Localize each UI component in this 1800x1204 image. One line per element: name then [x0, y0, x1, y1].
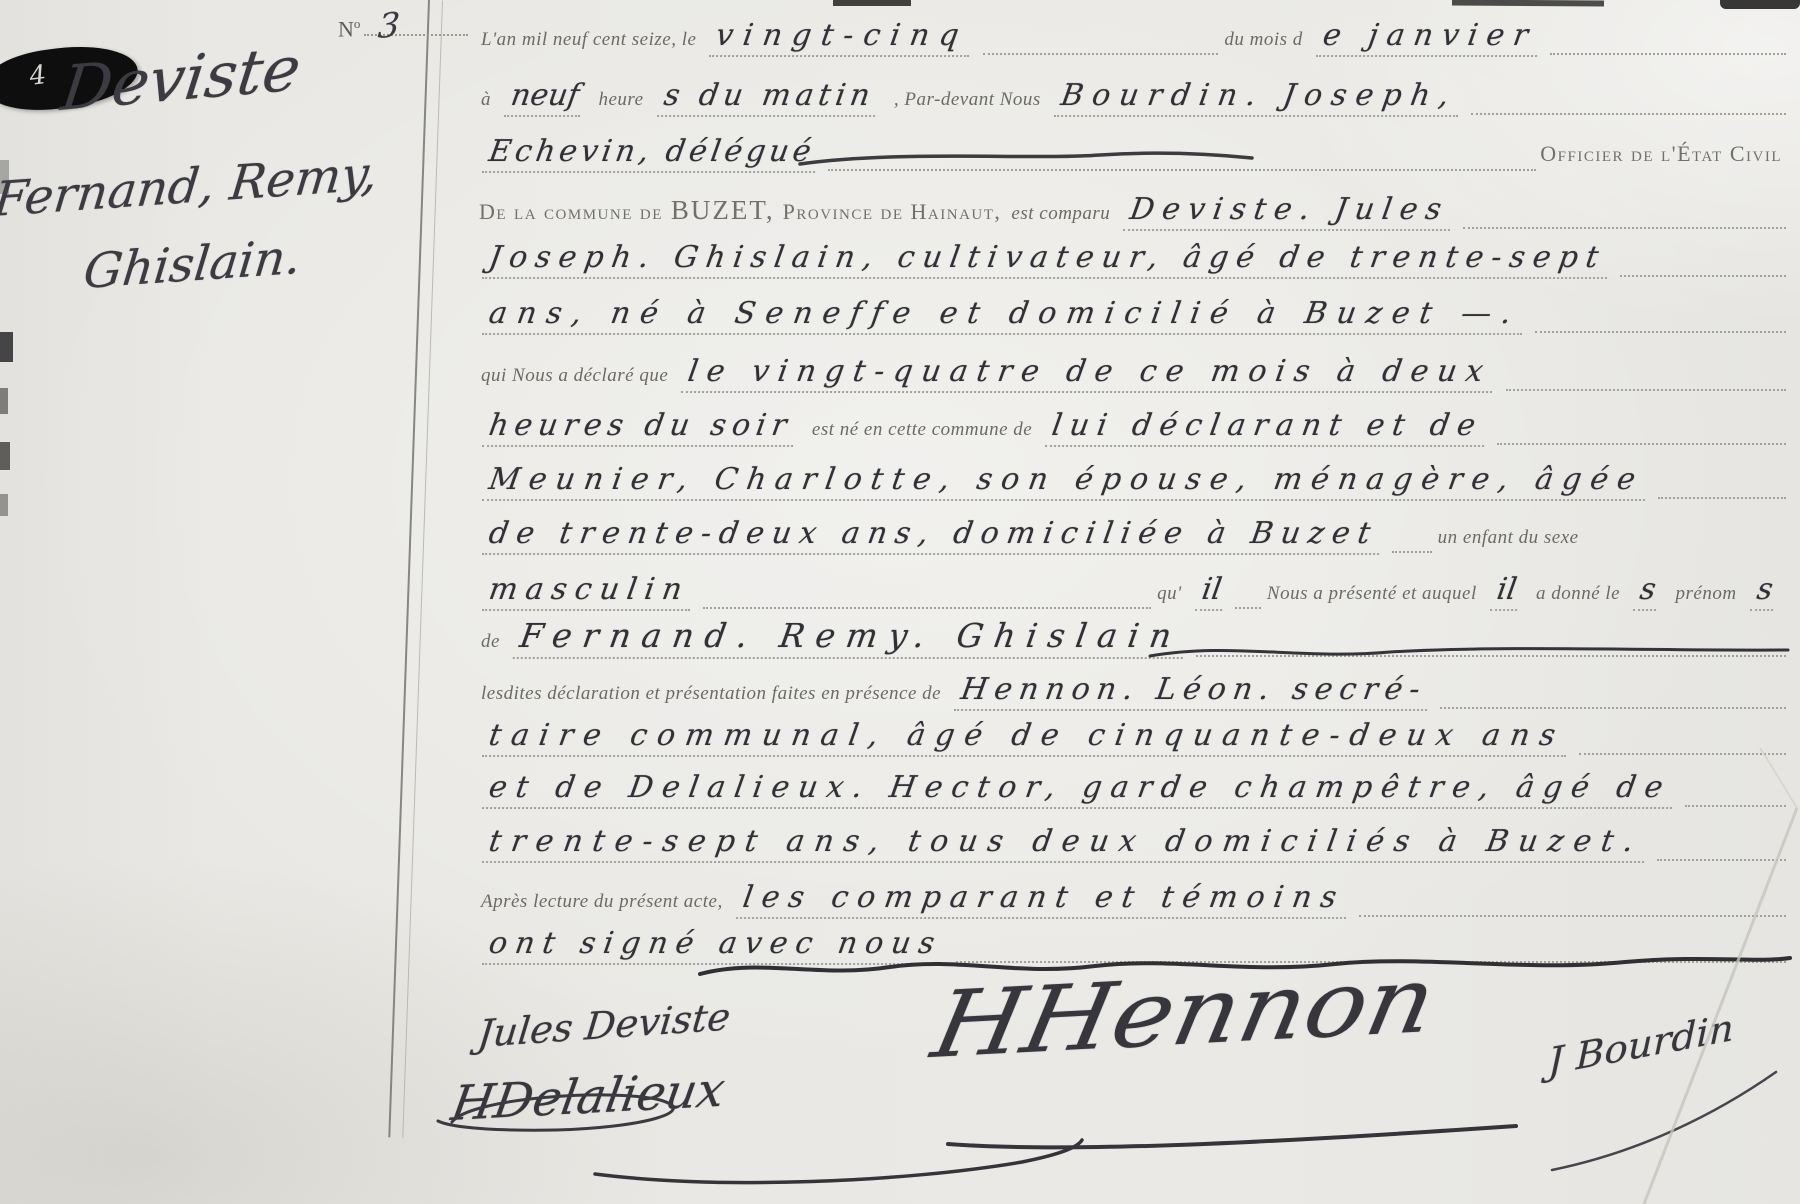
- printed-text: lesdites déclaration et présentation fai…: [481, 683, 941, 705]
- printed-text: de: [481, 631, 500, 653]
- handwritten-text: masculin: [482, 572, 697, 611]
- act-line: L'an mil neuf cent seize, le vingt-cinq …: [475, 18, 1786, 57]
- dotted-rule: [1535, 297, 1786, 333]
- handwritten-text: neuf: [504, 78, 586, 117]
- act-line: à neuf heure s du matin , Par-devant Nou…: [475, 78, 1786, 117]
- paper-crease: [1644, 808, 1797, 1204]
- handwritten-text: trente-sept ans, tous deux domiciliés à …: [482, 824, 1650, 863]
- dotted-rule: [1579, 719, 1786, 755]
- delalieux-underline: [595, 1140, 1082, 1183]
- edge-speck: [0, 388, 8, 414]
- handwritten-text: vingt-cinq: [709, 18, 975, 57]
- no-sup: o: [354, 16, 361, 31]
- act-number-row: No 3: [338, 16, 468, 42]
- handwritten-text: e janvier: [1316, 18, 1544, 57]
- handwritten-text: il: [1490, 572, 1523, 611]
- document-page: 4 No 3 Deviste Fernand, Remy, Ghislain. …: [0, 0, 1800, 1204]
- signature-witness1: HHennon: [924, 946, 1444, 1079]
- act-line: Après lecture du présent acte, les compa…: [475, 880, 1786, 919]
- margin-surname: Deviste: [57, 32, 304, 125]
- bourdin-underline: [1552, 1072, 1776, 1170]
- printed-text: du mois d: [1224, 29, 1302, 51]
- printed-text: Nous a présenté et auquel: [1267, 583, 1477, 605]
- act-line: ans, né à Seneffe et domicilié à Buzet —…: [475, 296, 1786, 335]
- handwritten-text: les comparant et témoins: [736, 880, 1352, 919]
- dotted-rule: [1497, 409, 1786, 445]
- dotted-rule: [1359, 881, 1787, 917]
- signature-officer: J Bourdin: [1548, 1006, 1735, 1084]
- act-line: masculin qu' il Nous a présenté et auque…: [475, 572, 1786, 611]
- printed-text: prénom: [1676, 583, 1737, 605]
- printed-text: Après lecture du présent acte,: [481, 891, 723, 913]
- printed-text: Province de Hainaut,: [783, 199, 1002, 225]
- handwritten-text: s: [1633, 572, 1663, 611]
- printed-text: De la commune de: [479, 199, 663, 225]
- dotted-rule: [1471, 79, 1786, 115]
- handwritten-text: de trente-deux ans, domiciliée à Buzet: [482, 516, 1385, 555]
- hennon-underline: [948, 1126, 1516, 1147]
- blob-mark: 4: [28, 60, 48, 92]
- printed-text: a donné le: [1536, 583, 1620, 605]
- column-divider: [388, 0, 443, 1138]
- edge-speck: [0, 494, 8, 516]
- printed-text: est né en cette commune de: [812, 419, 1032, 441]
- act-line: Joseph. Ghislain, cultivateur, âgé de tr…: [475, 240, 1786, 279]
- no-label: No: [338, 16, 360, 42]
- printed-text: Officier de l'État Civil: [1540, 141, 1782, 167]
- act-line: Echevin, délégué Officier de l'État Civi…: [475, 134, 1786, 173]
- dotted-rule: [983, 19, 1219, 55]
- printed-text: qui Nous a déclaré que: [481, 365, 668, 387]
- printed-text: est comparu: [1011, 203, 1110, 225]
- margin-forename3: Ghislain.: [81, 229, 304, 300]
- handwritten-text: le vingt-quatre de ce mois à deux: [681, 354, 1499, 393]
- handwritten-text: ont signé avec nous: [482, 926, 949, 965]
- printed-text: BUZET,: [671, 195, 775, 226]
- signature-declarant: Jules Deviste: [476, 995, 733, 1056]
- handwritten-text: lui déclarant et de: [1045, 408, 1490, 447]
- handwritten-text: Fernand. Remy. Ghislain: [513, 616, 1190, 659]
- act-line: De la commune de BUZET, Province de Hain…: [475, 192, 1786, 231]
- act-line: heures du soir est né en cette commune d…: [475, 408, 1786, 447]
- handwritten-text: Echevin, délégué: [482, 134, 821, 173]
- act-number-value: 3: [376, 5, 401, 47]
- act-line: lesdites déclaration et présentation fai…: [475, 672, 1786, 711]
- printed-text: heure: [599, 89, 644, 111]
- act-line: Meunier, Charlotte, son épouse, ménagère…: [475, 462, 1786, 501]
- edge-speck: [0, 332, 13, 362]
- dotted-rule: [828, 135, 1536, 171]
- handwritten-text: Meunier, Charlotte, son épouse, ménagère…: [482, 462, 1651, 501]
- dotted-rule: [1392, 517, 1432, 553]
- dotted-rule: [1506, 355, 1786, 391]
- printed-text: qu': [1157, 583, 1182, 605]
- act-line: de Fernand. Remy. Ghislain: [475, 616, 1786, 659]
- scan-edge-artifact: [1720, 0, 1800, 9]
- printed-text: L'an mil neuf cent seize, le: [481, 29, 696, 51]
- handwritten-text: heures du soir: [482, 408, 799, 447]
- act-line: trente-sept ans, tous deux domiciliés à …: [475, 824, 1786, 863]
- handwritten-text: Deviste. Jules: [1123, 192, 1456, 231]
- printed-text: à: [481, 89, 491, 111]
- dotted-rule: [1685, 771, 1786, 807]
- handwritten-text: taire communal, âgé de cinquante-deux an…: [482, 718, 1572, 757]
- handwritten-text: et de Delalieux. Hector, garde champêtre…: [482, 770, 1678, 809]
- handwritten-text: ans, né à Seneffe et domicilié à Buzet —…: [482, 296, 1528, 335]
- dotted-rule: [703, 573, 1151, 609]
- scan-edge-artifact: [1452, 0, 1604, 7]
- act-line: de trente-deux ans, domiciliée à Buzet u…: [475, 516, 1786, 555]
- dotted-rule: [1463, 193, 1786, 229]
- handwritten-text: s du matin: [656, 78, 880, 117]
- act-line: qui Nous a déclaré que le vingt-quatre d…: [475, 354, 1786, 393]
- dotted-rule: [1440, 673, 1786, 709]
- signature-witness2: HDelalieux: [448, 1062, 729, 1132]
- dotted-rule: [1235, 573, 1261, 609]
- dotted-rule: [1550, 19, 1786, 55]
- dotted-rule: [1658, 463, 1786, 499]
- act-line: ont signé avec nous: [475, 926, 1786, 965]
- dotted-rule: [1620, 241, 1786, 277]
- act-line: taire communal, âgé de cinquante-deux an…: [475, 718, 1786, 757]
- margin-forenames: Fernand, Remy,: [0, 146, 380, 228]
- dotted-rule: [1196, 621, 1786, 657]
- printed-text: un enfant du sexe: [1438, 527, 1579, 549]
- handwritten-text: Hennon. Léon. secré-: [954, 672, 1434, 711]
- handwritten-text: Joseph. Ghislain, cultivateur, âgé de tr…: [482, 240, 1613, 279]
- dotted-rule: [1657, 825, 1786, 861]
- handwritten-text: Bourdin. Joseph,: [1054, 78, 1464, 117]
- edge-speck: [0, 442, 10, 470]
- scan-edge-artifact: [833, 0, 911, 6]
- act-line: et de Delalieux. Hector, garde champêtre…: [475, 770, 1786, 809]
- handwritten-text: il: [1195, 572, 1228, 611]
- printed-text: , Par-devant Nous: [894, 89, 1041, 111]
- handwritten-text: s: [1750, 572, 1780, 611]
